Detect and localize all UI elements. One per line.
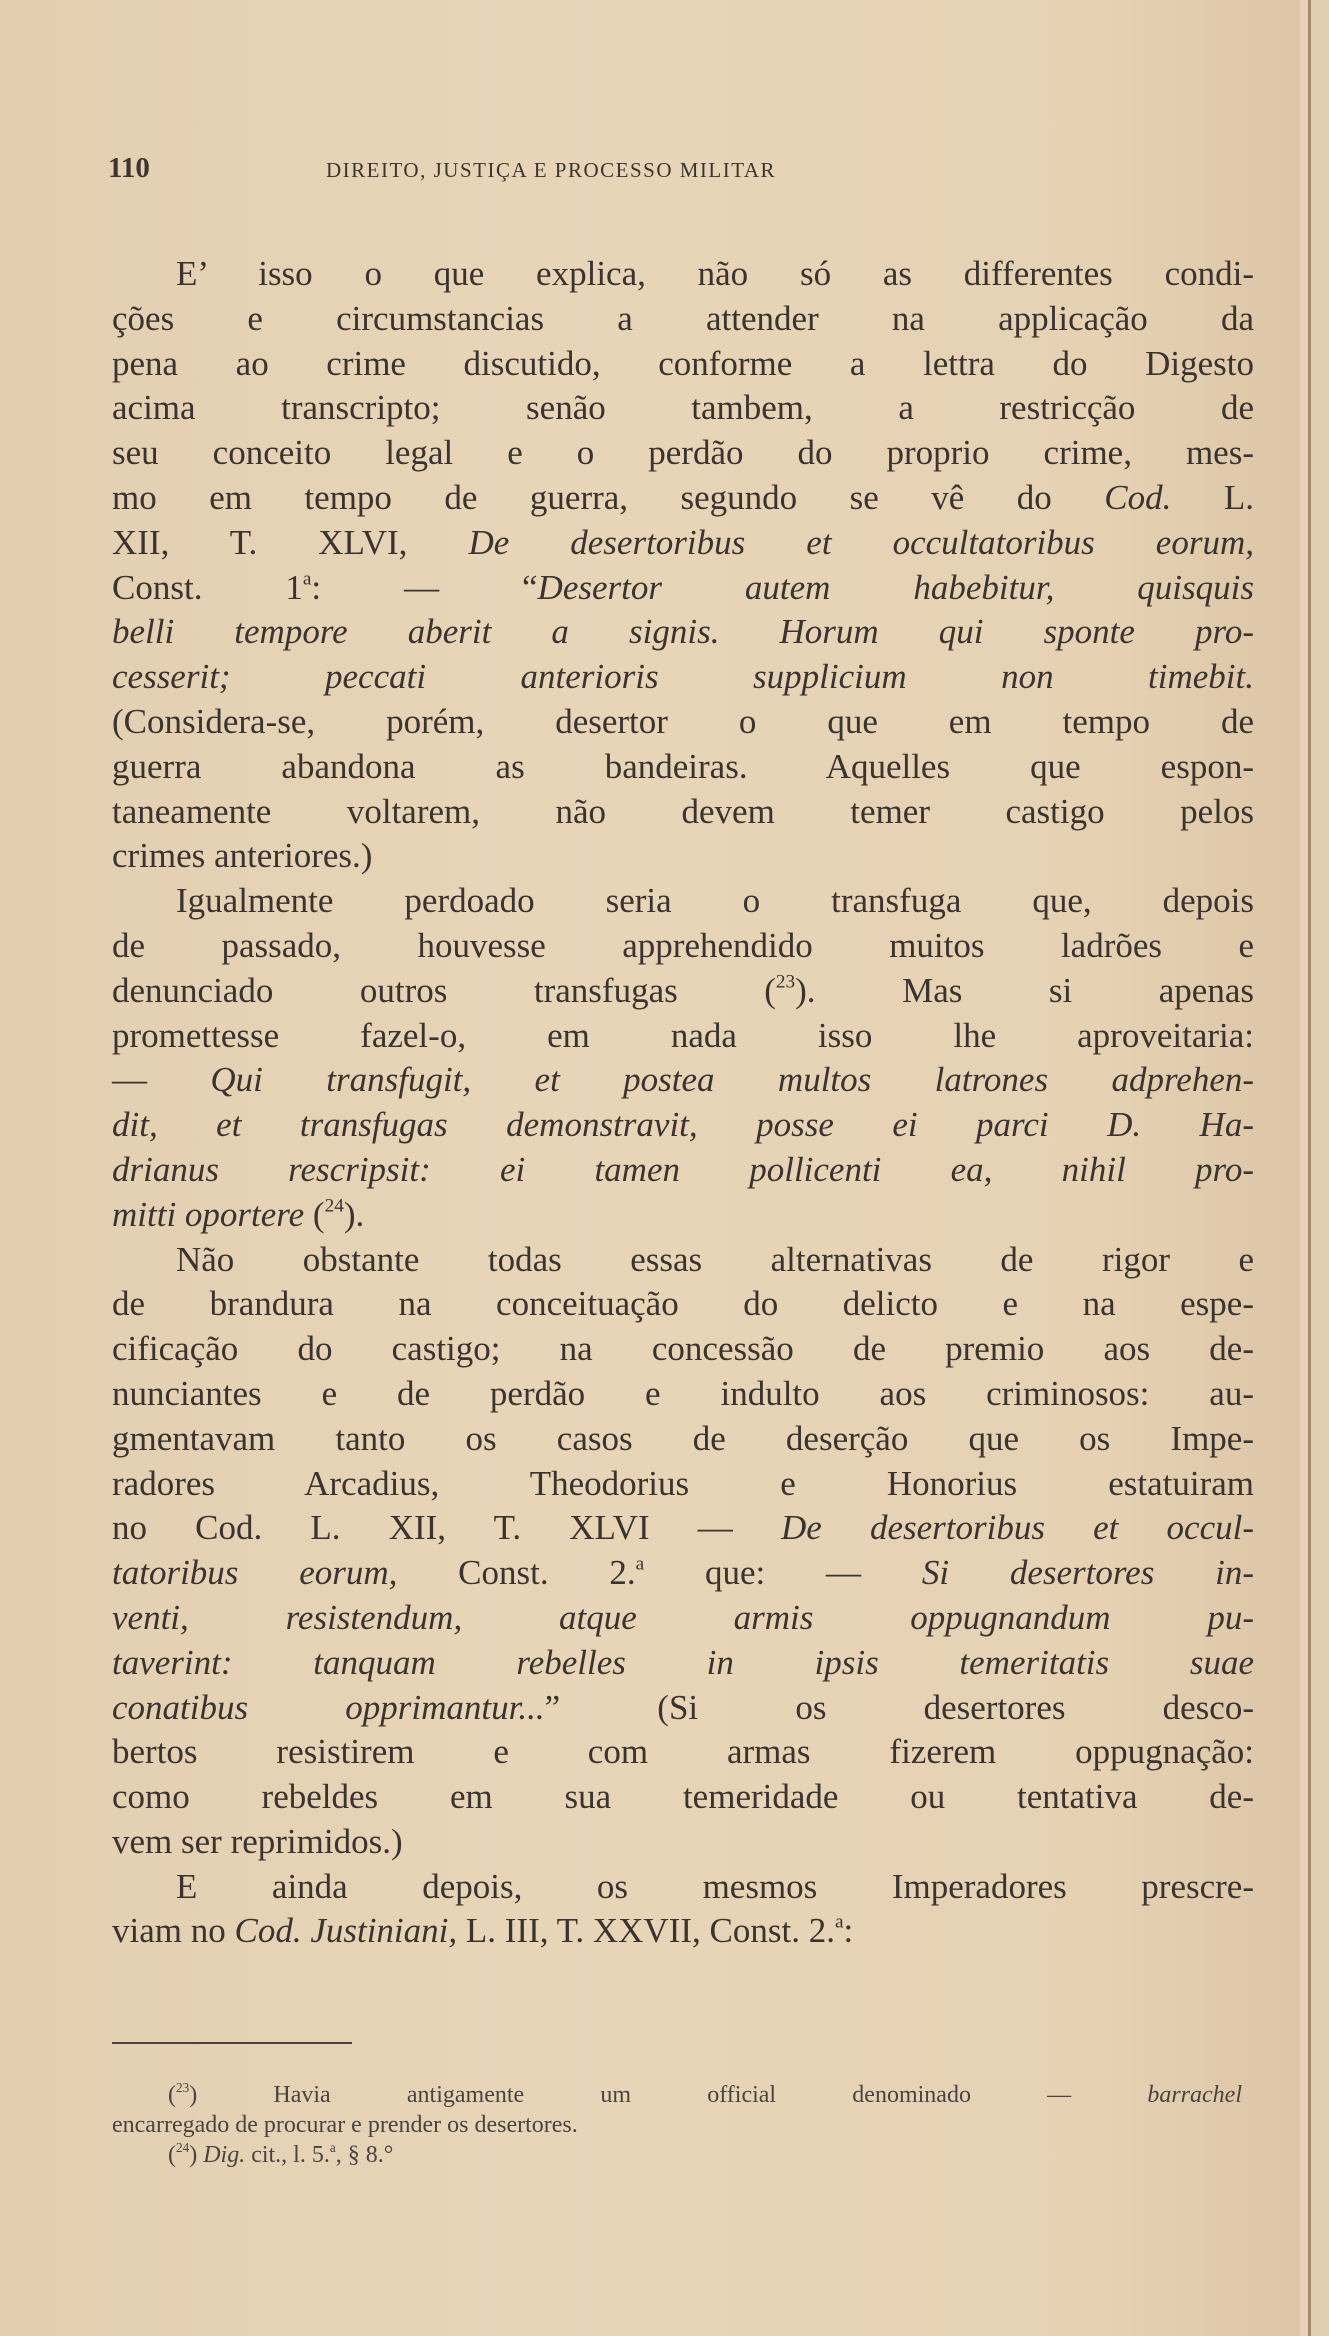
footnote-text: ( — [168, 2142, 176, 2168]
line-text: guerra abandona as bandeiras. Aquelles q… — [112, 747, 1254, 786]
text-line: de brandura na conceituação do delicto e… — [112, 1282, 1254, 1327]
footnote-marker: 24 — [176, 2140, 189, 2155]
superscript: a — [835, 1912, 844, 1933]
line-text: pena ao crime discutido, conforme a lett… — [112, 344, 1254, 383]
line-text: drianus rescripsit: ei tamen pollicenti … — [112, 1150, 1254, 1189]
text-line: — Qui transfugit, et postea multos latro… — [112, 1058, 1254, 1103]
text-line: Const. 1a: — “Desertor autem habebitur, … — [112, 566, 1254, 611]
text-line: E’ isso o que explica, não só as differe… — [112, 252, 1254, 297]
text-line: gmentavam tanto os casos de deserção que… — [112, 1417, 1254, 1462]
text-line: E ainda depois, os mesmos Imperadores pr… — [112, 1865, 1254, 1910]
footnote-23-line: (23) Havia antigamente um official denom… — [112, 2080, 1242, 2110]
line-text: nunciantes e de perdão e indulto aos cri… — [112, 1374, 1254, 1413]
footnote-marker: 23 — [176, 2080, 189, 2095]
text-line: cificação do castigo; na concessão de pr… — [112, 1327, 1254, 1372]
line-text: Igualmente perdoado seria o transfuga qu… — [176, 881, 1254, 920]
text-line: guerra abandona as bandeiras. Aquelles q… — [112, 745, 1254, 790]
text-line: cesserit; peccati anterioris supplicium … — [112, 655, 1254, 700]
text-line: taneamente voltarem, não devem temer cas… — [112, 790, 1254, 835]
running-head: 110 DIREITO, JUSTIÇA E PROCESSO MILITAR — [108, 152, 1208, 192]
text-line: acima transcripto; senão tambem, a restr… — [112, 386, 1254, 431]
text-line: (Considera-se, porém, desertor o que em … — [112, 700, 1254, 745]
text-line: crimes anteriores.) — [112, 834, 1254, 879]
text-line: tatoribus eorum, Const. 2.a que: — Si de… — [112, 1551, 1254, 1596]
line-text: promettesse fazel-o, em nada isso lhe ap… — [112, 1016, 1254, 1055]
text-line: de passado, houvesse apprehendido muitos… — [112, 924, 1254, 969]
text-line: Não obstante todas essas alternativas de… — [112, 1238, 1254, 1283]
line-text: Const. 2. — [397, 1553, 635, 1592]
line-text: (Considera-se, porém, desertor o que em … — [112, 702, 1254, 741]
footnote-text: Dig. — [203, 2142, 245, 2168]
superscript: a — [636, 1554, 645, 1575]
line-text: L. — [1171, 478, 1254, 517]
line-text: como rebeldes em sua temeridade ou tenta… — [112, 1777, 1254, 1816]
text-line: drianus rescripsit: ei tamen pollicenti … — [112, 1148, 1254, 1193]
line-text: gmentavam tanto os casos de deserção que… — [112, 1419, 1254, 1458]
text-line: no Cod. L. XII, T. XLVI — De desertoribu… — [112, 1506, 1254, 1551]
superscript: 23 — [776, 971, 795, 992]
book-page: 110 DIREITO, JUSTIÇA E PROCESSO MILITAR … — [0, 0, 1300, 2336]
line-text: ). — [344, 1195, 364, 1234]
line-text: De desertoribus et occultatoribus eorum, — [468, 523, 1254, 562]
line-text: ). Mas si apenas — [795, 971, 1254, 1010]
line-text: conatibus opprimantur... — [112, 1688, 545, 1727]
text-line: bertos resistirem e com armas fizerem op… — [112, 1730, 1254, 1775]
line-text: belli tempore aberit a signis. Horum qui… — [112, 612, 1254, 651]
text-line: venti, resistendum, atque armis oppugnan… — [112, 1596, 1254, 1641]
next-page-edge — [1311, 0, 1329, 2336]
line-text: Cod. — [1104, 478, 1171, 517]
line-text: L. III, T. XXVII, Const. 2. — [457, 1911, 835, 1950]
line-text: De desertoribus et occul- — [781, 1508, 1254, 1547]
line-text: Cod. Justiniani, — [234, 1911, 457, 1950]
line-text: bertos resistirem e com armas fizerem op… — [112, 1732, 1254, 1771]
footnote-text: ) — [189, 2142, 203, 2168]
footnote-text: barrachel — [1147, 2082, 1242, 2108]
line-text: dit, et transfugas demonstravit, posse e… — [112, 1105, 1254, 1144]
text-line: promettesse fazel-o, em nada isso lhe ap… — [112, 1014, 1254, 1059]
line-text: no Cod. L. XII, T. XLVI — — [112, 1508, 781, 1547]
line-text: taverint: tanquam rebelles in ipsis teme… — [112, 1643, 1254, 1682]
text-line: dit, et transfugas demonstravit, posse e… — [112, 1103, 1254, 1148]
footnote-divider — [112, 2042, 352, 2044]
text-line: radores Arcadius, Theodorius e Honorius … — [112, 1462, 1254, 1507]
line-text: ” (Si os desertores desco- — [545, 1688, 1254, 1727]
line-text: : — “ — [311, 568, 537, 607]
line-text: venti, resistendum, atque armis oppugnan… — [112, 1598, 1254, 1637]
text-line: pena ao crime discutido, conforme a lett… — [112, 342, 1254, 387]
line-text: mitti oportere — [112, 1195, 304, 1234]
line-text: Si desertores in- — [922, 1553, 1254, 1592]
line-text: — — [112, 1060, 210, 1099]
line-text: viam no — [112, 1911, 234, 1950]
text-line: como rebeldes em sua temeridade ou tenta… — [112, 1775, 1254, 1820]
superscript: 24 — [325, 1195, 344, 1216]
line-text: Qui transfugit, et postea multos latrone… — [210, 1060, 1254, 1099]
text-line: belli tempore aberit a signis. Horum qui… — [112, 610, 1254, 655]
body-text: E’ isso o que explica, não só as differe… — [112, 252, 1254, 1954]
line-text: que: — — [644, 1553, 922, 1592]
footnote-text: ) Havia antigamente um official denomina… — [189, 2082, 1147, 2108]
line-text: crimes anteriores.) — [112, 836, 372, 875]
text-line: denunciado outros transfugas (23). Mas s… — [112, 969, 1254, 1014]
line-text: cificação do castigo; na concessão de pr… — [112, 1329, 1254, 1368]
footnote-text: , § 8.° — [336, 2142, 394, 2168]
text-line: conatibus opprimantur...” (Si os deserto… — [112, 1686, 1254, 1731]
text-line: viam no Cod. Justiniani, L. III, T. XXVI… — [112, 1909, 1254, 1954]
footnote-text: cit., l. 5. — [245, 2142, 330, 2168]
text-line: XII, T. XLVI, De desertoribus et occulta… — [112, 521, 1254, 566]
line-text: acima transcripto; senão tambem, a restr… — [112, 388, 1254, 427]
line-text: : — [844, 1911, 854, 1950]
footnote-text: ( — [168, 2082, 176, 2108]
line-text: seu conceito legal e o perdão do proprio… — [112, 433, 1254, 472]
line-text: de brandura na conceituação do delicto e… — [112, 1284, 1254, 1323]
line-text: Desertor autem habebitur, quisquis — [538, 568, 1254, 607]
line-text: tatoribus eorum, — [112, 1553, 397, 1592]
text-line: vem ser reprimidos.) — [112, 1820, 1254, 1865]
line-text: denunciado outros transfugas ( — [112, 971, 776, 1010]
line-text: ( — [304, 1195, 324, 1234]
line-text: Não obstante todas essas alternativas de… — [176, 1240, 1254, 1279]
line-text: E’ isso o que explica, não só as differe… — [176, 254, 1254, 293]
line-text: ções e circumstancias a attender na appl… — [112, 299, 1254, 338]
footnote-23-line: encarregado de procurar e prender os des… — [112, 2110, 1242, 2140]
line-text: radores Arcadius, Theodorius e Honorius … — [112, 1464, 1254, 1503]
text-line: ções e circumstancias a attender na appl… — [112, 297, 1254, 342]
line-text: taneamente voltarem, não devem temer cas… — [112, 792, 1254, 831]
text-line: mo em tempo de guerra, segundo se vê do … — [112, 476, 1254, 521]
footnote-24-line: (24) Dig. cit., l. 5.a, § 8.° — [112, 2140, 1242, 2170]
page-number: 110 — [108, 152, 150, 185]
text-line: Igualmente perdoado seria o transfuga qu… — [112, 879, 1254, 924]
line-text: E ainda depois, os mesmos Imperadores pr… — [176, 1867, 1254, 1906]
line-text: Const. 1 — [112, 568, 303, 607]
text-line: nunciantes e de perdão e indulto aos cri… — [112, 1372, 1254, 1417]
footnote-text: encarregado de procurar e prender os des… — [112, 2112, 578, 2138]
line-text: mo em tempo de guerra, segundo se vê do — [112, 478, 1104, 517]
line-text: de passado, houvesse apprehendido muitos… — [112, 926, 1254, 965]
text-line: mitti oportere (24). — [112, 1193, 1254, 1238]
text-line: seu conceito legal e o perdão do proprio… — [112, 431, 1254, 476]
line-text: cesserit; peccati anterioris supplicium … — [112, 657, 1254, 696]
running-title: DIREITO, JUSTIÇA E PROCESSO MILITAR — [326, 158, 776, 183]
line-text: XII, T. XLVI, — [112, 523, 468, 562]
text-line: taverint: tanquam rebelles in ipsis teme… — [112, 1641, 1254, 1686]
line-text: vem ser reprimidos.) — [112, 1822, 403, 1861]
footnotes: (23) Havia antigamente um official denom… — [112, 2080, 1242, 2170]
